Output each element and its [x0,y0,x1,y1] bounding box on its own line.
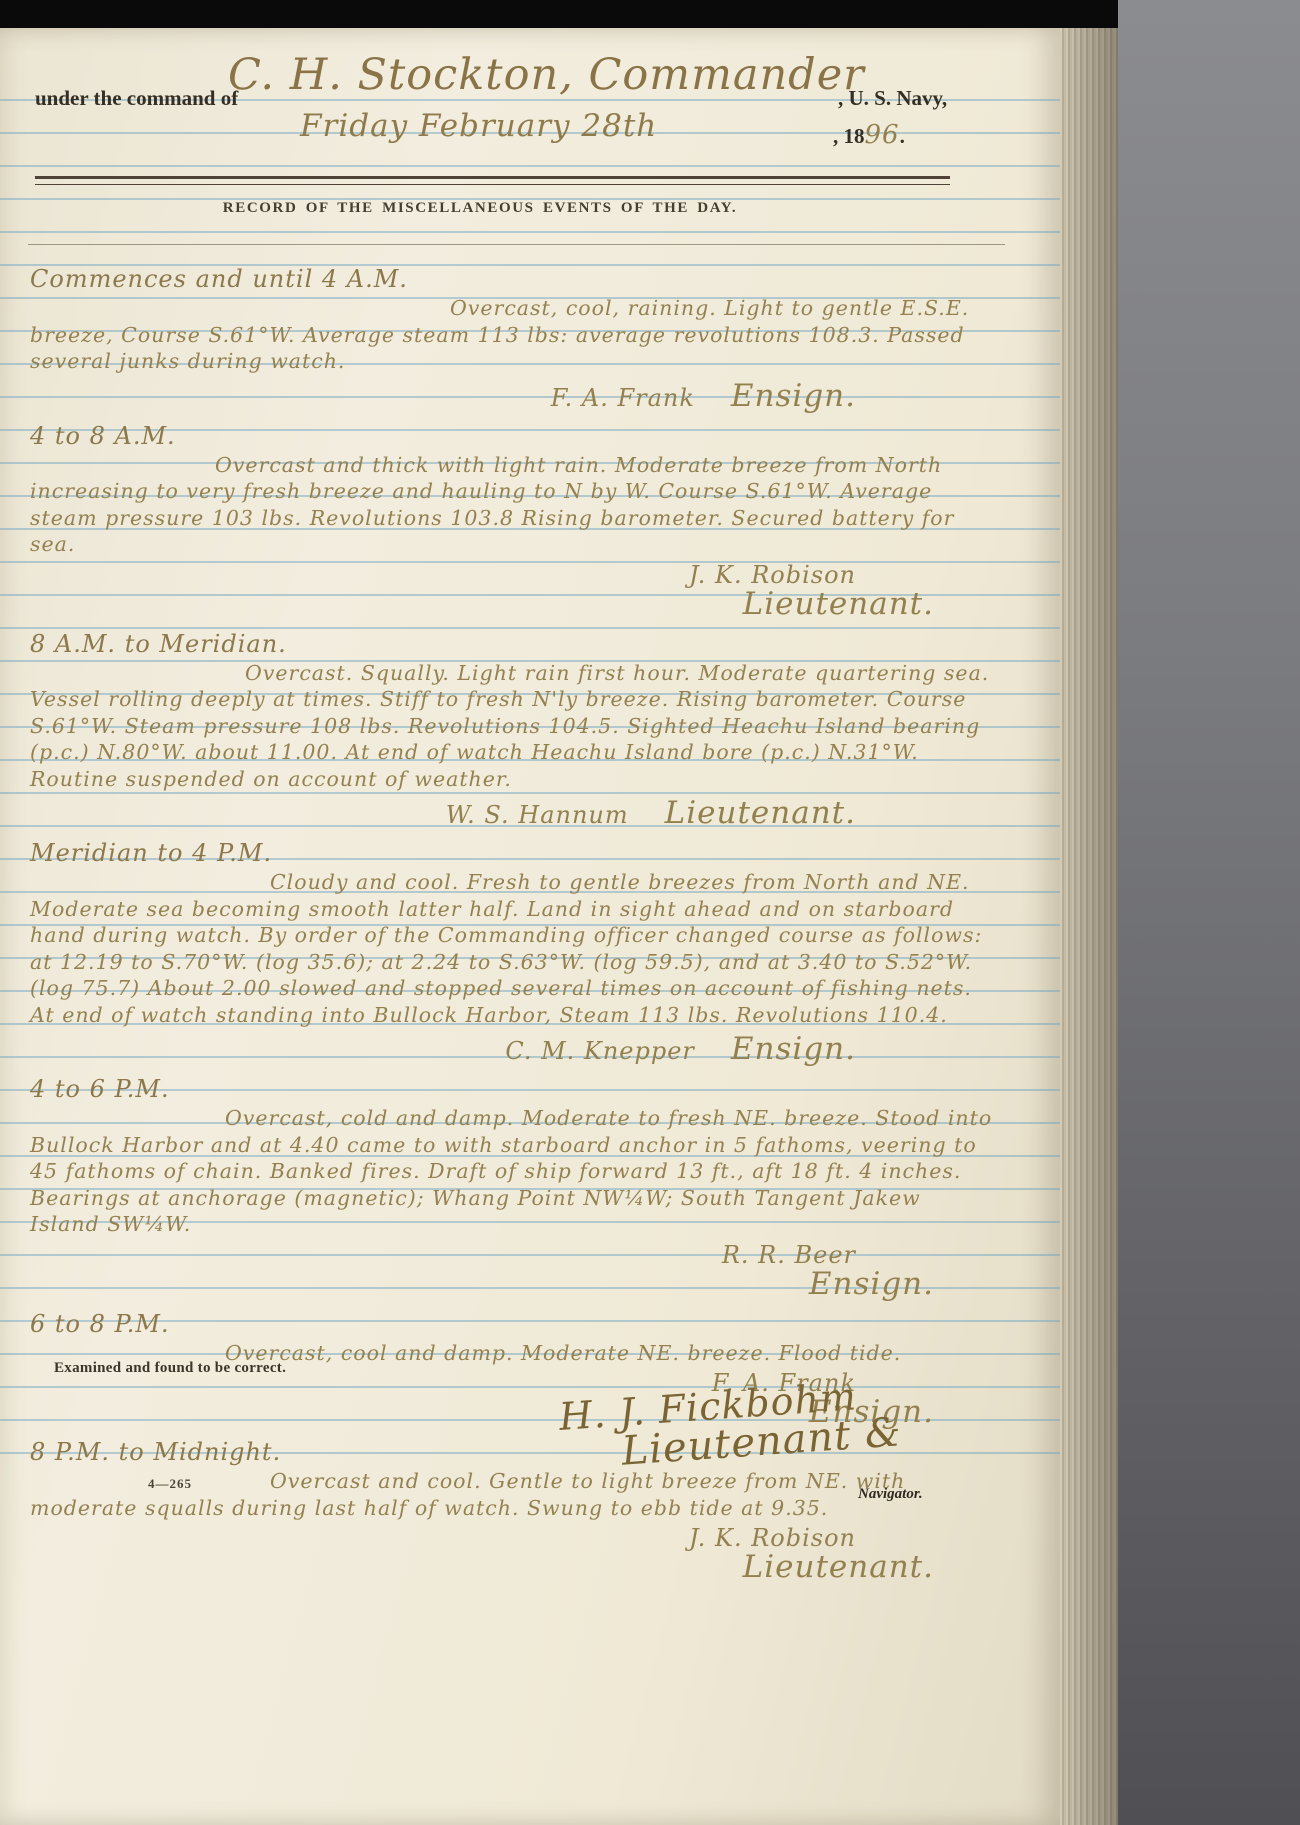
signer-rank: Ensign. [731,378,856,414]
scanned-logbook-photo: under the command of C. H. Stockton, Com… [0,0,1300,1825]
watch-body: Overcast, cool, raining. Light to gentle… [30,295,996,375]
signer-name: J. K. Robison [689,561,856,589]
signer-rank: Ensign. [138,1266,934,1302]
signer-name: J. K. Robison [689,1524,856,1552]
printed-command-prefix: under the command of [35,86,238,111]
log-entry-4to8am: 4 to 8 A.M. Overcast and thick with ligh… [30,421,996,622]
watch-heading: Meridian to 4 P.M. [30,838,996,868]
date-handwritten: Friday February 28th [300,108,657,144]
watch-heading: 6 to 8 P.M. [30,1309,996,1339]
scan-edge-top [0,0,1118,28]
log-entry-8am-meridian: 8 A.M. to Meridian. Overcast. Squally. L… [30,629,996,832]
signer-name: C. M. Knepper [505,1037,695,1065]
logbook-page: under the command of C. H. Stockton, Com… [0,28,1060,1825]
watch-heading: 4 to 6 P.M. [30,1074,996,1104]
printed-us-navy: , U. S. Navy, [838,86,947,111]
signer-name: W. S. Hannum [446,801,629,829]
printed-period: . [900,124,905,148]
log-entry-meridian-4pm: Meridian to 4 P.M. Cloudy and cool. Fres… [30,838,996,1067]
watch-signature: W. S. Hannum Lieutenant. [30,795,856,831]
signer-rank: Lieutenant. [138,1549,934,1585]
signer-rank: Ensign. [731,1031,856,1067]
printed-year-prefix: , 18 [833,124,865,148]
year-handwritten: 96 [865,120,900,150]
printed-navigator-label: Navigator. [858,1486,923,1503]
examined-statement: Examined and found to be correct. [54,1360,286,1377]
watch-body: Cloudy and cool. Fresh to gentle breezes… [30,869,996,1028]
signer-rank: Lieutenant. [138,586,934,622]
page-edges [1060,0,1118,1825]
signer-name: F. A. Frank [551,384,695,412]
year-line: , 1896. [833,120,905,150]
log-entry-commences: Commences and until 4 A.M. Overcast, coo… [30,264,996,414]
header-double-rule [35,176,950,185]
watch-body: Overcast and thick with light rain. Mode… [30,452,996,558]
form-number: 4—265 [148,1476,192,1492]
watch-heading: 4 to 8 A.M. [30,421,996,451]
watch-signature: J. K. Robison Lieutenant. [30,561,856,622]
log-entry-4to6pm: 4 to 6 P.M. Overcast, cold and damp. Mod… [30,1074,996,1302]
watch-heading: Commences and until 4 A.M. [30,264,996,294]
watch-body: Overcast. Squally. Light rain first hour… [30,660,996,793]
watch-body: Overcast, cold and damp. Moderate to fre… [30,1105,996,1238]
watch-signature: R. R. Beer Ensign. [30,1241,856,1302]
watch-signature: C. M. Knepper Ensign. [30,1031,856,1067]
record-title: RECORD OF THE MISCELLANEOUS EVENTS OF TH… [0,200,960,217]
watch-signature: J. K. Robison Lieutenant. [30,1524,856,1585]
log-entry-8pm-midnight: 8 P.M. to Midnight. Overcast and cool. G… [30,1437,996,1585]
signer-rank: Lieutenant. [665,795,856,831]
header-thin-rule [28,244,1005,245]
signer-name: R. R. Beer [722,1241,856,1269]
watch-signature: F. A. Frank Ensign. [30,378,856,414]
commander-name-handwritten: C. H. Stockton, Commander [228,50,865,100]
watch-heading: 8 A.M. to Meridian. [30,629,996,659]
